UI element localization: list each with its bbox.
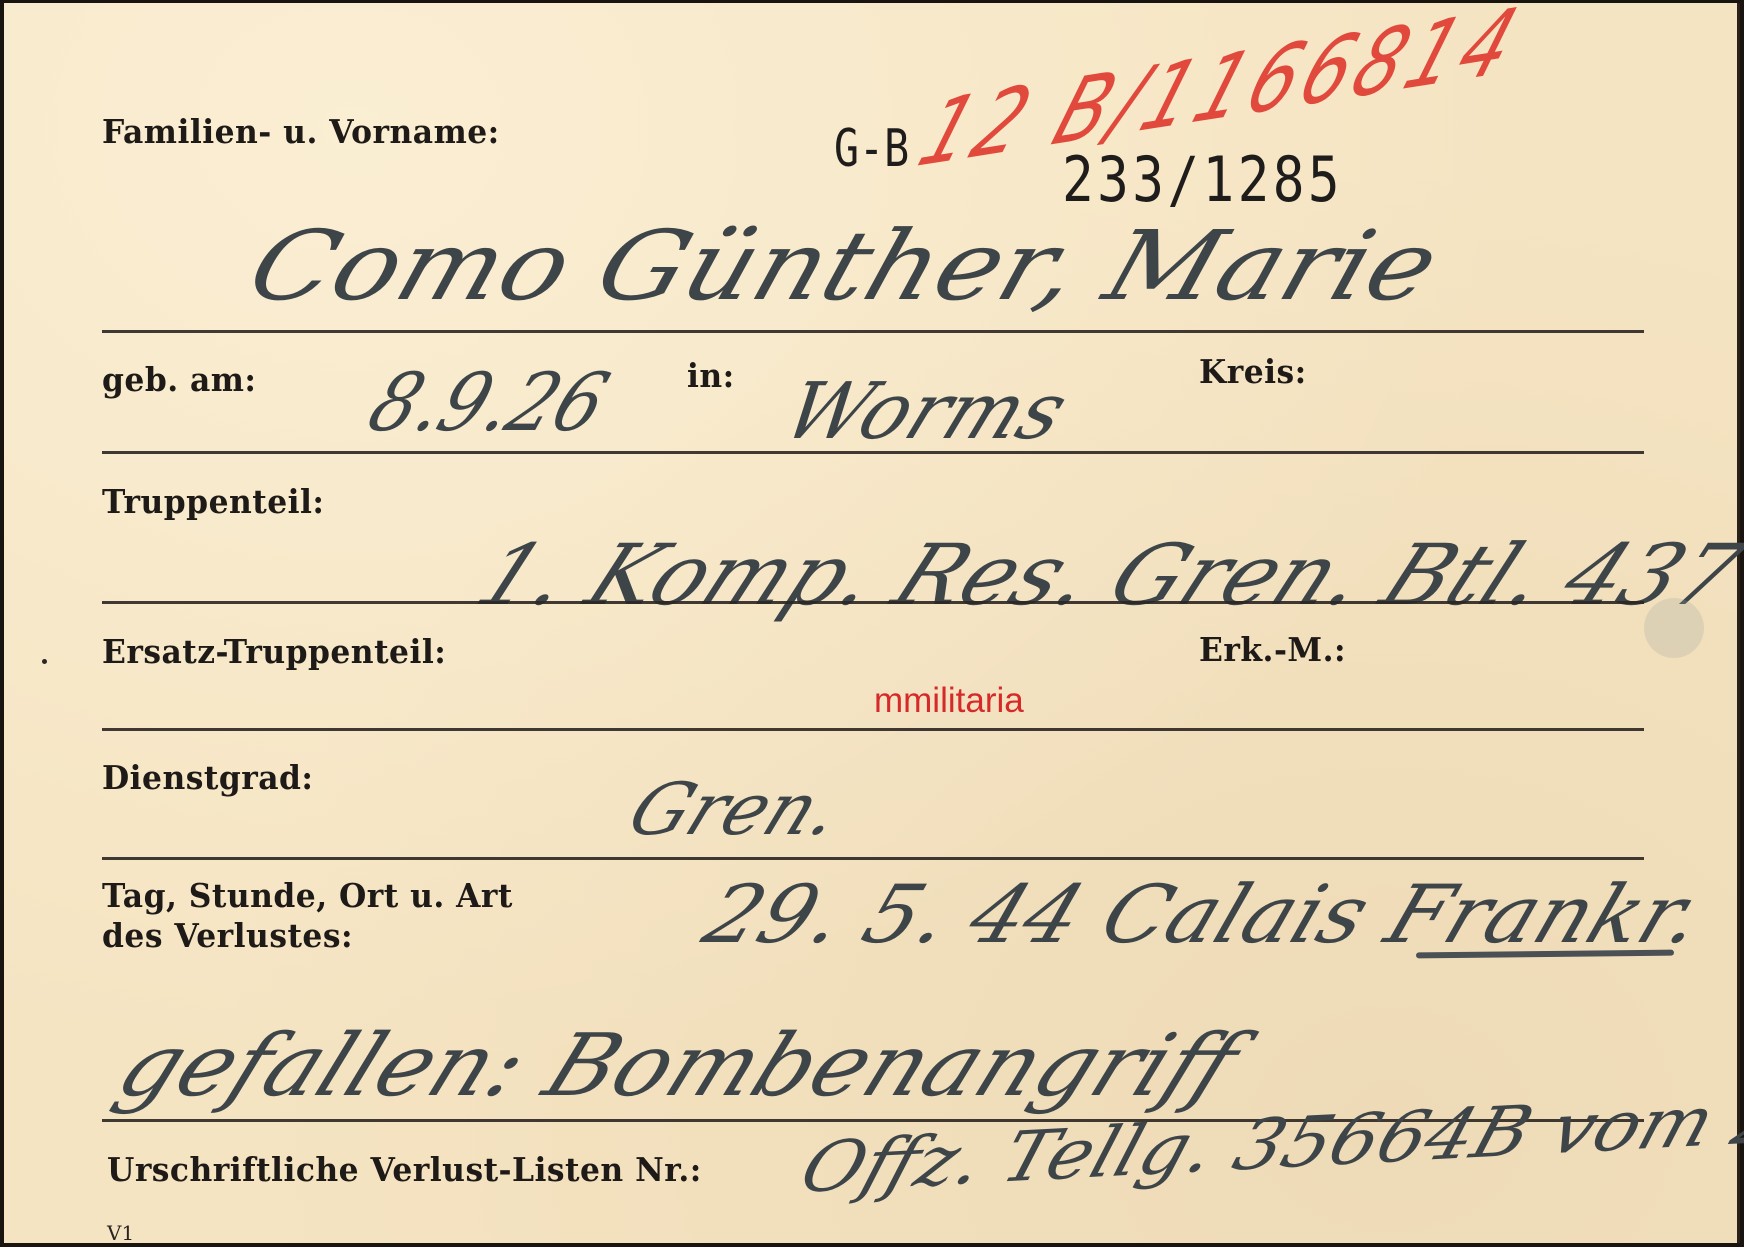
unit-label: Truppenteil: — [102, 485, 324, 518]
watermark-text: mmilitaria — [874, 683, 1024, 718]
loss-list-label: Urschriftliche Verlust-Listen Nr.: — [107, 1153, 702, 1186]
rule-5 — [102, 857, 1644, 860]
stamp-prefix: G-B — [834, 123, 909, 175]
name-value: Como Günther, Marie — [238, 218, 1449, 314]
rule-3 — [102, 601, 1644, 604]
loss-label-line2: des Verlustes: — [102, 919, 353, 952]
district-label: Kreis: — [1199, 355, 1307, 388]
rank-label: Dienstgrad: — [102, 761, 313, 794]
id-tag-label: Erk.-M.: — [1199, 633, 1346, 666]
birth-place-value: Worms — [773, 373, 1078, 451]
birth-place-label: in: — [687, 359, 735, 392]
unit-value: 1. Komp. Res. Gren. Btl. 437 — [465, 533, 1744, 617]
replacement-unit-label: Ersatz-Truppenteil: — [102, 635, 446, 668]
birth-date-label: geb. am: — [102, 363, 256, 396]
loss-label-line1: Tag, Stunde, Ort u. Art — [102, 879, 513, 912]
form-code: V1 — [107, 1223, 134, 1243]
rule-2 — [102, 451, 1644, 454]
name-label: Familien- u. Vorname: — [102, 115, 500, 148]
casualty-index-card: Familien- u. Vorname: G-B 233/1285 12 B/… — [4, 3, 1740, 1243]
rule-4 — [102, 728, 1644, 731]
paper-stain — [1644, 598, 1704, 658]
stamp-number: 233/1285 — [1062, 149, 1343, 211]
rule-1 — [102, 330, 1644, 333]
paper-speck — [42, 659, 47, 664]
rank-value: Gren. — [619, 773, 852, 845]
loss-date-place-value: 29. 5. 44 Calais Frankr. — [694, 875, 1713, 955]
loss-type-value: gefallen: Bombenangriff — [107, 1023, 1250, 1109]
birth-date-value: 8.9.26 — [359, 363, 617, 443]
